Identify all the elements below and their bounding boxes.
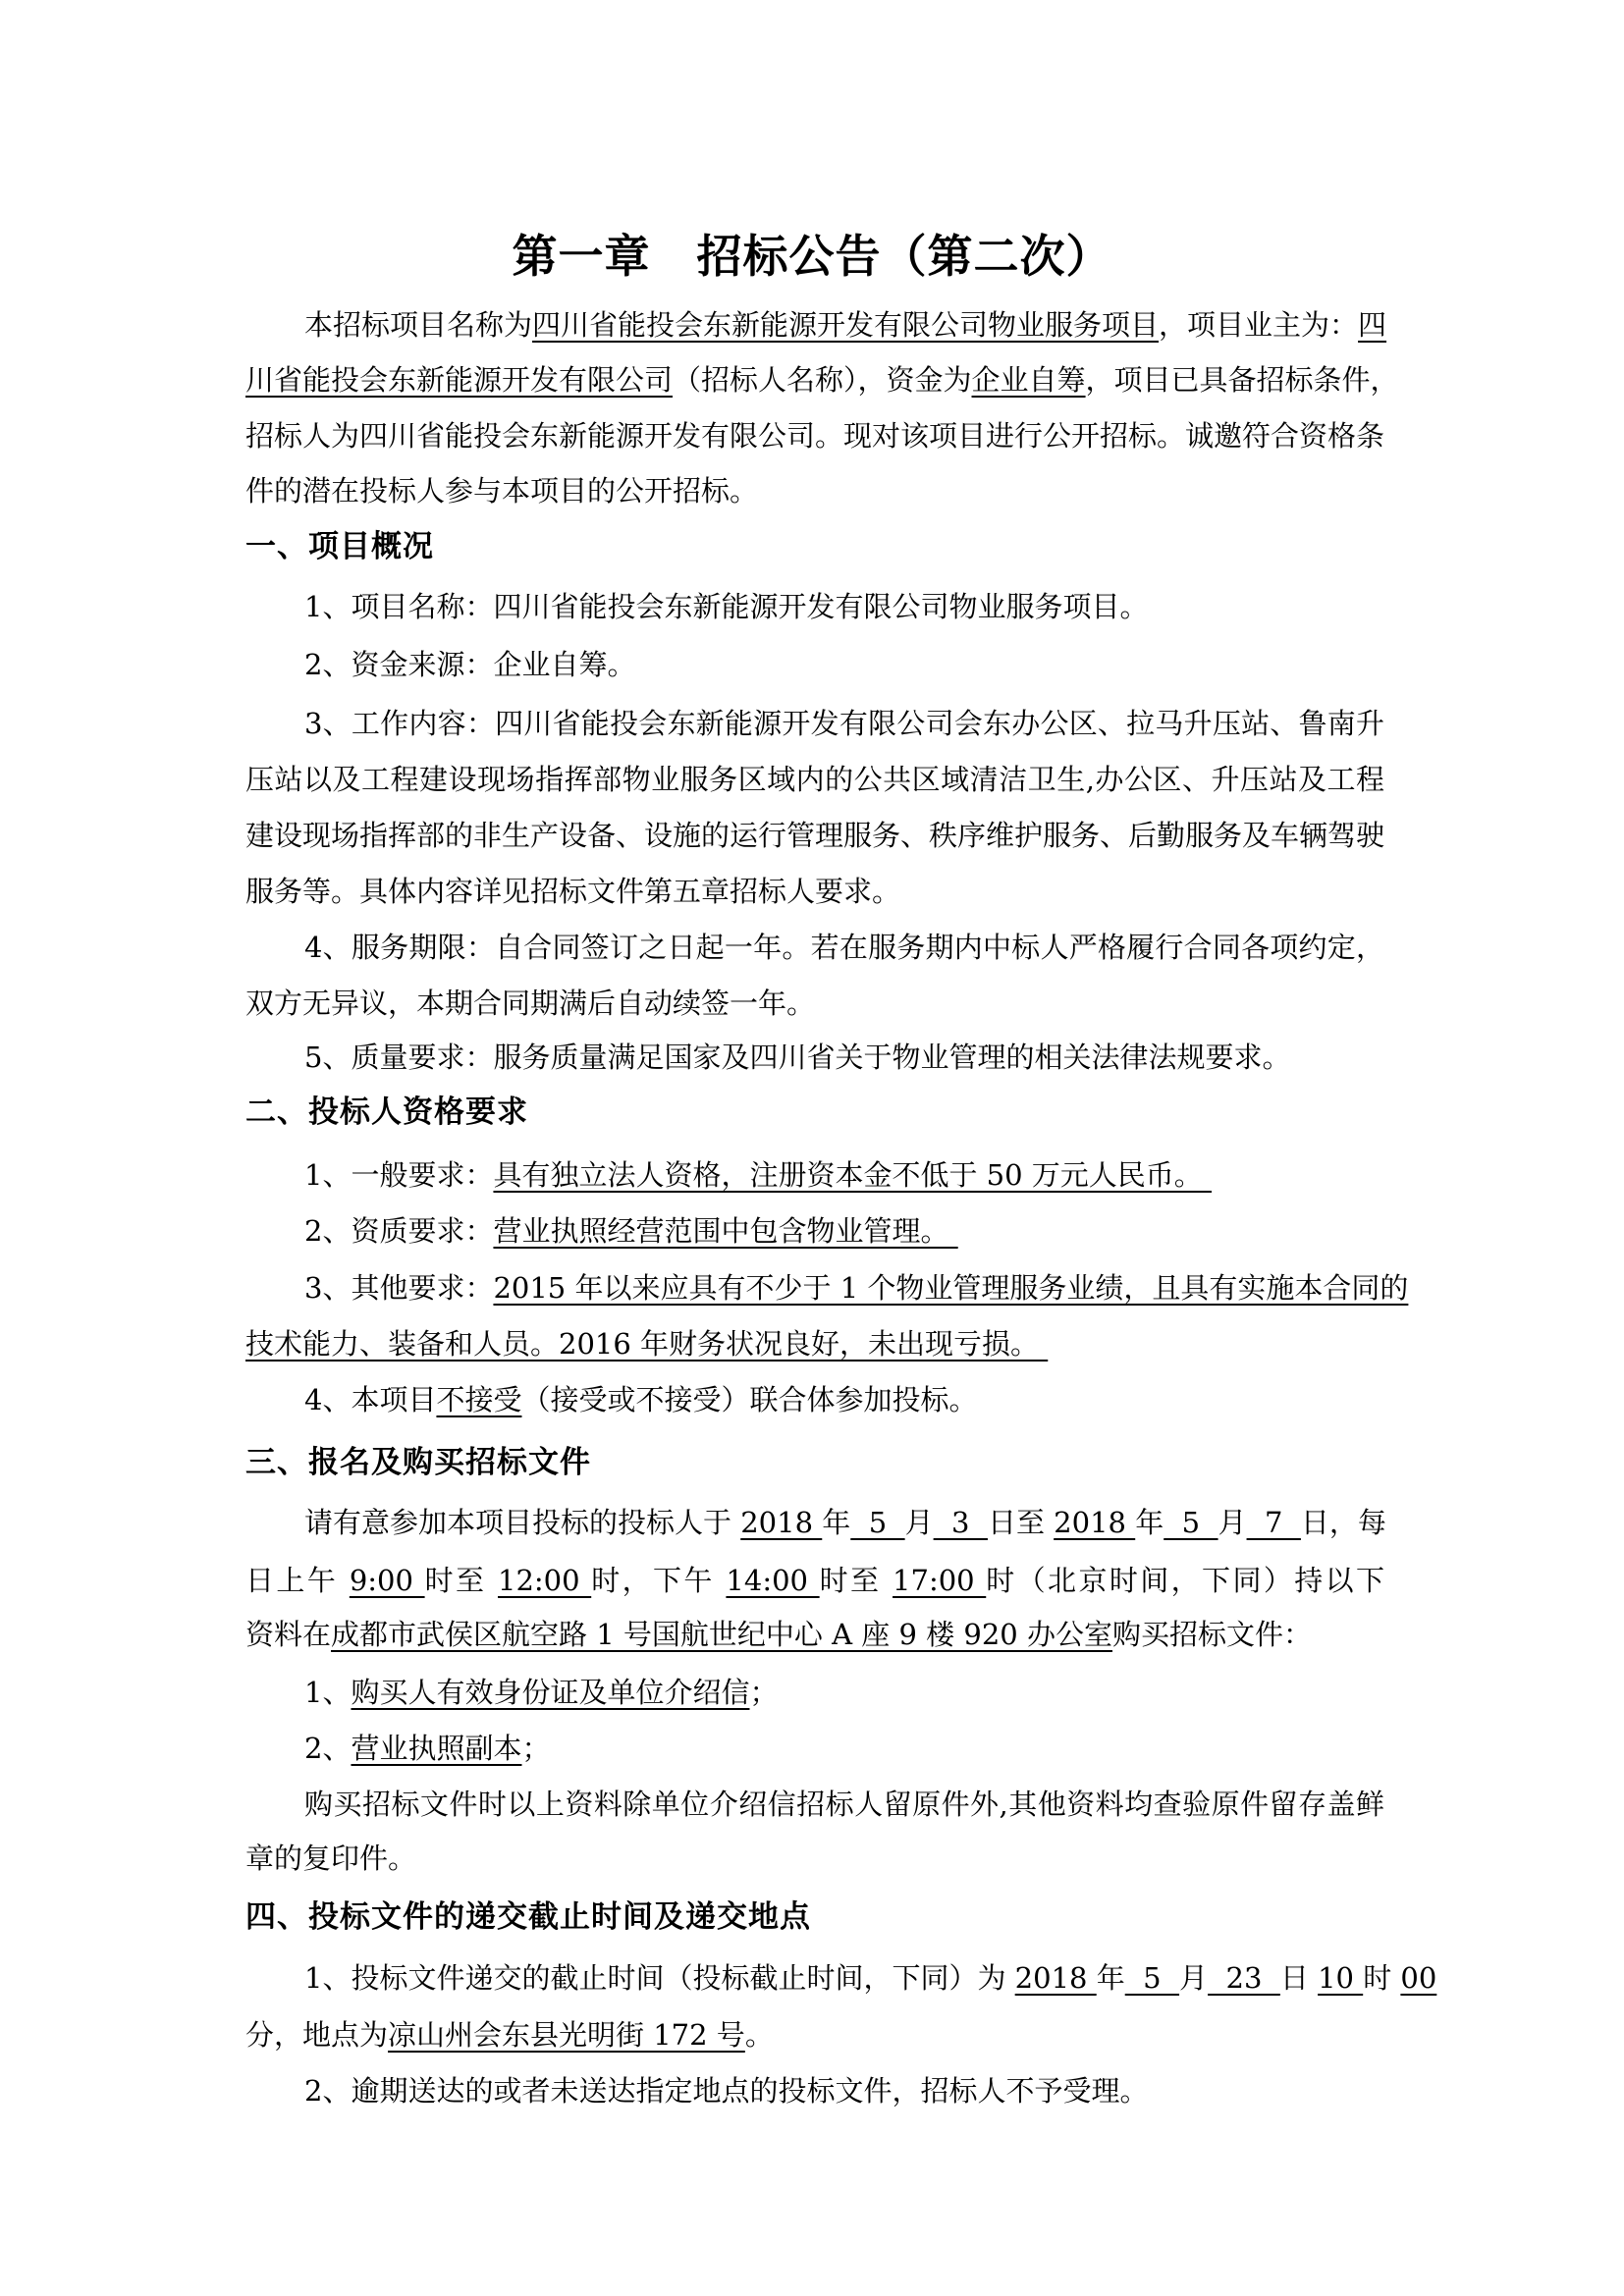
- intro-paragraph-line: 本招标项目名称为四川省能投会东新能源开发有限公司物业服务项目，项目业主为：四: [304, 297, 1384, 352]
- section-2-line: 3、其他要求：2015 年以来应具有不少于 1 个物业管理服务业绩，且具有实施本…: [304, 1260, 1384, 1315]
- section-4-line: 2、逾期送达的或者未送达指定地点的投标文件，招标人不予受理。: [304, 2063, 1384, 2118]
- section-4-line: 分，地点为凉山州会东县光明街 172 号。: [245, 2007, 1384, 2062]
- text-run: 时: [1363, 1961, 1400, 1995]
- underlined-field: 具有独立法人资格，注册资本金不低于 50 万元人民币。: [493, 1158, 1212, 1192]
- section-3-line: 日上午 9:00 时至 12:00 时，下午 14:00 时至 17:00 时（…: [245, 1553, 1384, 1608]
- text-run: 资料在: [245, 1618, 331, 1651]
- section-3-line: 2、营业执照副本；: [304, 1721, 1384, 1776]
- text-run: 3、其他要求：: [304, 1271, 493, 1305]
- text-run: 年: [822, 1506, 850, 1539]
- text-run: 时至: [425, 1564, 498, 1597]
- section-heading: 三、报名及购买招标文件: [245, 1433, 591, 1492]
- text-run: 双方无异议，本期合同期满后自动续签一年。: [245, 987, 815, 1020]
- underlined-field: 四川省能投会东新能源开发有限公司物业服务项目: [532, 308, 1159, 342]
- underlined-field: 营业执照经营范围中包含物业管理。: [493, 1214, 957, 1248]
- text-run: 时，下午: [591, 1564, 726, 1597]
- text-run: 年: [1135, 1506, 1164, 1539]
- underlined-field: 17:00: [893, 1564, 986, 1597]
- text-run: 。: [745, 2018, 774, 2052]
- text-run: 本招标项目名称为: [304, 308, 532, 342]
- text-run: 2、逾期送达的或者未送达指定地点的投标文件，招标人不予受理。: [304, 2074, 1148, 2108]
- underlined-field: 12:00: [498, 1564, 591, 1597]
- text-run: 时至: [820, 1564, 893, 1597]
- text-run: 5、质量要求：服务质量满足国家及四川省关于物业管理的相关法律法规要求。: [304, 1041, 1290, 1074]
- text-run: 服务等。具体内容详见招标文件第五章招标人要求。: [245, 875, 900, 908]
- text-run: 4、服务期限：自合同签订之日起一年。若在服务期内中标人严格履行合同各项约定，: [304, 931, 1384, 964]
- text-run: 购买招标文件：: [1112, 1618, 1312, 1651]
- section-3-line: 1、购买人有效身份证及单位介绍信；: [304, 1665, 1384, 1720]
- section-1-line: 压站以及工程建设现场指挥部物业服务区域内的公共区域清洁卫生,办公区、升压站及工程: [245, 752, 1384, 807]
- section-1-line: 双方无异议，本期合同期满后自动续签一年。: [245, 976, 1384, 1031]
- section-3-line: 资料在成都市武侯区航空路 1 号国航世纪中心 A 座 9 楼 920 办公室购买…: [245, 1607, 1384, 1662]
- underlined-field: 2018: [1054, 1506, 1135, 1539]
- underlined-field: 14:00: [726, 1564, 819, 1597]
- section-heading: 一、项目概况: [245, 517, 434, 576]
- underlined-field: 四: [1358, 308, 1386, 342]
- intro-paragraph-line: 川省能投会东新能源开发有限公司（招标人名称），资金为企业自筹，项目已具备招标条件…: [245, 352, 1384, 407]
- text-run: 2、资质要求：: [304, 1214, 493, 1248]
- underlined-field: 成都市武侯区航空路 1 号国航世纪中心 A 座 9 楼 920 办公室: [331, 1618, 1112, 1651]
- underlined-field: 2015 年以来应具有不少于 1 个物业管理服务业绩，且具有实施本合同的: [493, 1271, 1408, 1305]
- section-1-line: 3、工作内容：四川省能投会东新能源开发有限公司会东办公区、拉马升压站、鲁南升: [304, 696, 1384, 751]
- text-run: 1、投标文件递交的截止时间（投标截止时间，下同）为: [304, 1961, 1015, 1995]
- text-run: 1、: [304, 1676, 351, 1709]
- text-run: ，项目已具备招标条件，: [1086, 363, 1399, 397]
- underlined-field: 5: [1164, 1506, 1218, 1539]
- underlined-field: 23: [1208, 1961, 1280, 1995]
- text-run: 月: [1218, 1506, 1247, 1539]
- section-1-line: 2、资金来源：企业自筹。: [304, 637, 1384, 692]
- text-run: 日: [1280, 1961, 1318, 1995]
- text-run: 日，每: [1301, 1506, 1386, 1539]
- text-run: 月: [1179, 1961, 1208, 1995]
- section-3-line: 章的复印件。: [245, 1831, 1384, 1886]
- text-run: 时（北京时间，下同）持以下: [986, 1564, 1384, 1597]
- underlined-field: 凉山州会东县光明街 172 号: [388, 2018, 745, 2052]
- section-1-line: 服务等。具体内容详见招标文件第五章招标人要求。: [245, 864, 1384, 919]
- underlined-field: 企业自筹: [972, 363, 1086, 397]
- text-run: 4、本项目: [304, 1383, 436, 1416]
- text-run: 件的潜在投标人参与本项目的公开招标。: [245, 474, 758, 507]
- text-run: ；: [749, 1676, 778, 1709]
- section-1-line: 5、质量要求：服务质量满足国家及四川省关于物业管理的相关法律法规要求。: [304, 1030, 1384, 1085]
- text-run: 分，地点为: [245, 2018, 388, 2052]
- underlined-field: 00: [1400, 1961, 1436, 1995]
- text-run: 招标人为四川省能投会东新能源开发有限公司。现对该项目进行公开招标。诚邀符合资格条: [245, 419, 1384, 453]
- underlined-field: 10: [1318, 1961, 1363, 1995]
- underlined-field: 川省能投会东新能源开发有限公司: [245, 363, 673, 397]
- text-run: 章的复印件。: [245, 1842, 416, 1875]
- intro-paragraph-line: 招标人为四川省能投会东新能源开发有限公司。现对该项目进行公开招标。诚邀符合资格条: [245, 408, 1384, 463]
- underlined-field: 技术能力、装备和人员。2016 年财务状况良好，未出现亏损。: [245, 1327, 1048, 1361]
- section-3-line: 请有意参加本项目投标的投标人于 2018 年 5 月 3 日至 2018 年 5…: [304, 1495, 1384, 1550]
- text-run: 建设现场指挥部的非生产设备、设施的运行管理服务、秩序维护服务、后勤服务及车辆驾驶: [245, 819, 1384, 852]
- page-title: 第一章 招标公告（第二次）: [0, 222, 1624, 291]
- section-2-line: 2、资质要求：营业执照经营范围中包含物业管理。: [304, 1203, 1384, 1258]
- text-run: ，项目业主为：: [1159, 308, 1358, 342]
- section-2-line: 技术能力、装备和人员。2016 年财务状况良好，未出现亏损。: [245, 1316, 1384, 1371]
- text-run: 日上午: [245, 1564, 350, 1597]
- section-heading: 二、投标人资格要求: [245, 1083, 528, 1142]
- underlined-field: 2018: [740, 1506, 822, 1539]
- section-heading: 四、投标文件的递交截止时间及递交地点: [245, 1888, 811, 1947]
- text-run: 3、工作内容：四川省能投会东新能源开发有限公司会东办公区、拉马升压站、鲁南升: [304, 707, 1384, 740]
- text-run: 日至: [988, 1506, 1054, 1539]
- underlined-field: 不接受: [436, 1383, 521, 1416]
- section-3-line: 购买招标文件时以上资料除单位介绍信招标人留原件外,其他资料均查验原件留存盖鲜: [304, 1777, 1384, 1832]
- underlined-field: 营业执照副本: [351, 1732, 521, 1765]
- text-run: 压站以及工程建设现场指挥部物业服务区域内的公共区域清洁卫生,办公区、升压站及工程: [245, 763, 1384, 796]
- underlined-field: 5: [1125, 1961, 1179, 1995]
- text-run: （接受或不接受）联合体参加投标。: [521, 1383, 977, 1416]
- document-page: 第一章 招标公告（第二次） 本招标项目名称为四川省能投会东新能源开发有限公司物业…: [0, 0, 1624, 2296]
- section-1-line: 建设现场指挥部的非生产设备、设施的运行管理服务、秩序维护服务、后勤服务及车辆驾驶: [245, 808, 1384, 863]
- text-run: 购买招标文件时以上资料除单位介绍信招标人留原件外,其他资料均查验原件留存盖鲜: [304, 1788, 1384, 1821]
- underlined-field: 9:00: [350, 1564, 425, 1597]
- text-run: 2、资金来源：企业自筹。: [304, 648, 635, 681]
- section-1-line: 4、服务期限：自合同签订之日起一年。若在服务期内中标人严格履行合同各项约定，: [304, 920, 1384, 975]
- underlined-field: 3: [934, 1506, 988, 1539]
- text-run: 1、项目名称：四川省能投会东新能源开发有限公司物业服务项目。: [304, 590, 1148, 623]
- section-2-line: 1、一般要求：具有独立法人资格，注册资本金不低于 50 万元人民币。: [304, 1148, 1384, 1202]
- intro-paragraph-line: 件的潜在投标人参与本项目的公开招标。: [245, 463, 1384, 518]
- text-run: 请有意参加本项目投标的投标人于: [304, 1506, 740, 1539]
- text-run: 月: [905, 1506, 934, 1539]
- text-run: （招标人名称），资金为: [673, 363, 972, 397]
- underlined-field: 2018: [1015, 1961, 1097, 1995]
- text-run: 2、: [304, 1732, 351, 1765]
- section-2-line: 4、本项目不接受（接受或不接受）联合体参加投标。: [304, 1372, 1384, 1427]
- text-run: 1、一般要求：: [304, 1158, 493, 1192]
- section-4-line: 1、投标文件递交的截止时间（投标截止时间，下同）为 2018 年 5 月 23 …: [304, 1950, 1384, 2005]
- section-1-line: 1、项目名称：四川省能投会东新能源开发有限公司物业服务项目。: [304, 579, 1384, 634]
- text-run: 年: [1097, 1961, 1125, 1995]
- text-run: ；: [521, 1732, 550, 1765]
- underlined-field: 7: [1247, 1506, 1301, 1539]
- underlined-field: 5: [850, 1506, 904, 1539]
- underlined-field: 购买人有效身份证及单位介绍信: [351, 1676, 749, 1709]
